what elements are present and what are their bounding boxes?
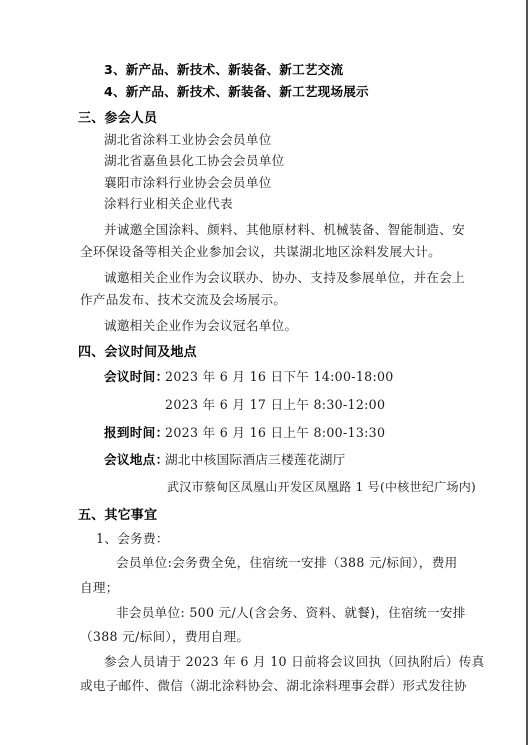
agenda-item-4: 4、新产品、新技术、新装备、新工艺现场展示	[104, 84, 369, 100]
title-sponsor-paragraph: 诚邀相关企业作为会议冠名单位。	[104, 318, 297, 334]
section-heading-time-venue: 四、会议时间及地点	[78, 345, 197, 361]
fee-item-title: 1、会务费：	[96, 531, 169, 547]
member-fee-line: 自理；	[80, 580, 119, 596]
member-fee-line: 会员单位:会务费全免，住宿统一安排（388 元/标间），费用	[116, 555, 457, 571]
co-organizer-paragraph-line: 作产品发布、技术交流及会场展示。	[80, 292, 286, 308]
document-page: 3、新产品、新技术、新装备、新工艺交流 4、新产品、新技术、新装备、新工艺现场展…	[0, 0, 528, 745]
section-heading-attendees: 三、参会人员	[78, 111, 157, 127]
nonmember-fee-line: 非会员单位: 500 元/人(含会务、资料、就餐)，住宿统一安排	[116, 605, 466, 621]
attendee-item: 湖北省嘉鱼县化工协会会员单位	[104, 153, 285, 169]
meeting-time-day1: 2023 年 6 月 16 日下午 14:00-18:00	[165, 369, 394, 385]
venue-name: 湖北中核国际酒店三楼莲花湖厅	[165, 452, 346, 468]
venue-label: 会议地点：	[104, 452, 168, 468]
registration-time-label: 报到时间：	[104, 425, 168, 441]
nonmember-fee-line: （388 元/标间），费用自理。	[80, 629, 249, 645]
attendee-item: 涂料行业相关企业代表	[104, 196, 233, 212]
registration-time-value: 2023 年 6 月 16 日上午 8:00-13:30	[165, 425, 385, 441]
meeting-time-day2: 2023 年 6 月 17 日上午 8:30-12:00	[165, 397, 385, 413]
attendee-item: 湖北省涂料工业协会会员单位	[104, 132, 272, 148]
invitation-paragraph-line: 全环保设备等相关企业参加会议，共谋湖北地区涂料发展大计。	[80, 244, 441, 260]
agenda-item-3: 3、新产品、新技术、新装备、新工艺交流	[104, 62, 343, 78]
venue-address: 武汉市蔡甸区凤凰山开发区凤凰路 1 号(中核世纪广场内)	[167, 479, 476, 495]
invitation-paragraph-line: 并诚邀全国涂料、颜料、其他原材料、机械装备、智能制造、安	[104, 222, 465, 238]
co-organizer-paragraph-line: 诚邀相关企业作为会议联办、协办、支持及参展单位，并在会上	[104, 270, 465, 286]
reply-instruction-line: 参会人员请于 2023 年 6 月 10 日前将会议回执（回执附后）传真	[104, 654, 485, 670]
reply-instruction-line: 或电子邮件、微信（湖北涂料协会、湖北涂料理事会群）形式发往协	[80, 678, 467, 694]
attendee-item: 襄阳市涂料行业协会会员单位	[104, 175, 272, 191]
meeting-time-label: 会议时间：	[104, 369, 168, 385]
section-heading-other-matters: 五、其它事宜	[78, 508, 157, 524]
